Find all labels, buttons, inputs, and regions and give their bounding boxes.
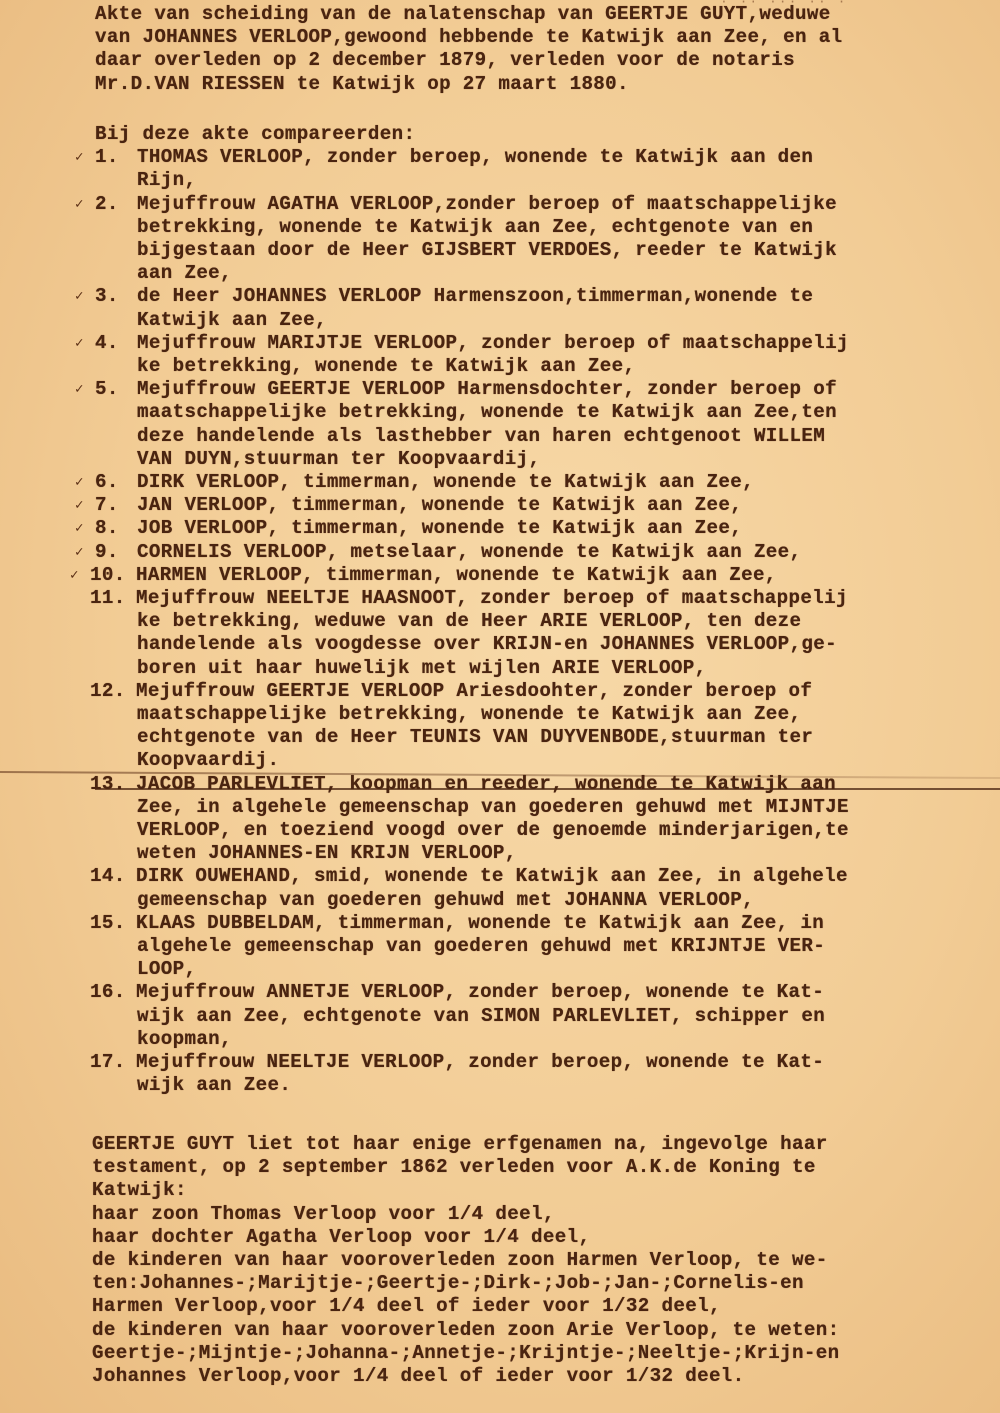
closing-line: ten:Johannes-;Marijtje-;Geertje-;Dirk-;J…	[92, 1273, 804, 1294]
closing-line: de kinderen van haar vooroverleden zoon …	[92, 1320, 839, 1341]
intro-line: daar overleden op 2 december 1879, verle…	[95, 50, 795, 71]
party-line: maatschappelijke betrekking, wonende te …	[137, 704, 801, 725]
party-number: 12.	[90, 681, 126, 702]
party-line: aan Zee,	[137, 263, 232, 284]
party-line: THOMAS VERLOOP, zonder beroep, wonende t…	[137, 147, 813, 168]
party-line: Mejuffrouw GEERTJE VERLOOP Harmensdochte…	[137, 379, 837, 400]
party-line: wijk aan Zee.	[137, 1075, 291, 1096]
party-line: boren uit haar huwelijk met wijlen ARIE …	[137, 658, 707, 679]
intro-line: Mr.D.VAN RIESSEN te Katwijk op 27 maart …	[95, 74, 629, 95]
party-line: HARMEN VERLOOP, timmerman, wonende te Ka…	[136, 565, 777, 586]
closing-line: GEERTJE GUYT liet tot haar enige erfgena…	[92, 1134, 828, 1155]
margin-tick-icon: ✓	[75, 474, 83, 491]
closing-line: testament, op 2 september 1862 verleden …	[92, 1157, 816, 1178]
party-line: koopman,	[137, 1029, 232, 1050]
margin-tick-icon: ✓	[75, 335, 83, 352]
party-line: betrekking, wonende te Katwijk aan Zee, …	[137, 217, 813, 238]
party-line: JAN VERLOOP, timmerman, wonende te Katwi…	[137, 495, 742, 516]
party-number: 2.	[95, 194, 119, 215]
party-number: 4.	[95, 333, 119, 354]
scanned-document: · ·· ··· ·· · Akte van scheiding van de …	[0, 0, 1000, 1413]
party-number: 1.	[95, 147, 119, 168]
closing-line: Harmen Verloop,voor 1/4 deel of ieder vo…	[92, 1296, 721, 1317]
party-line: Mejuffrouw ANNETJE VERLOOP, zonder beroe…	[136, 982, 824, 1003]
party-number: 17.	[90, 1052, 126, 1073]
margin-tick-icon: ✓	[75, 520, 83, 537]
party-line: KLAAS DUBBELDAM, timmerman, wonende te K…	[136, 913, 824, 934]
party-line: DIRK OUWEHAND, smid, wonende te Katwijk …	[136, 866, 848, 887]
party-number: 3.	[95, 286, 119, 307]
party-line: Mejuffrouw AGATHA VERLOOP,zonder beroep …	[137, 194, 837, 215]
appeared-heading: Bij deze akte compareerden:	[95, 124, 415, 145]
party-line: wijk aan Zee, echtgenote van SIMON PARLE…	[137, 1006, 825, 1027]
party-line: ke betrekking, wonende te Katwijk aan Ze…	[137, 356, 635, 377]
closing-line: Katwijk:	[92, 1180, 187, 1201]
party-line: Katwijk aan Zee,	[137, 310, 327, 331]
party-line: VERLOOP, en toeziend voogd over de genoe…	[137, 820, 849, 841]
margin-tick-icon: ✓	[70, 567, 78, 584]
party-line: bijgestaan door de Heer GIJSBERT VERDOES…	[137, 240, 837, 261]
party-line: LOOP,	[137, 959, 196, 980]
party-line: gemeenschap van goederen gehuwd met JOHA…	[137, 890, 754, 911]
margin-tick-icon: ✓	[75, 381, 83, 398]
party-number: 13.	[90, 774, 126, 795]
margin-tick-icon: ✓	[75, 544, 83, 561]
party-line: JACOB PARLEVLIET, koopman en reeder, won…	[136, 774, 836, 795]
party-number: 9.	[95, 542, 119, 563]
party-line: deze handelende als lasthebber van haren…	[137, 426, 825, 447]
closing-line: de kinderen van haar vooroverleden zoon …	[92, 1250, 828, 1271]
party-number: 6.	[95, 472, 119, 493]
party-number: 16.	[90, 982, 126, 1003]
party-line: Zee, in algehele gemeenschap van goedere…	[137, 797, 849, 818]
party-line: de Heer JOHANNES VERLOOP Harmenszoon,tim…	[137, 286, 813, 307]
margin-tick-icon: ✓	[75, 288, 83, 305]
party-line: Mejuffrouw MARIJTJE VERLOOP, zonder bero…	[137, 333, 849, 354]
party-number: 10.	[90, 565, 126, 586]
party-line: echtgenote van de Heer TEUNIS VAN DUYVEN…	[137, 727, 813, 748]
party-number: 8.	[95, 518, 119, 539]
party-line: JOB VERLOOP, timmerman, wonende te Katwi…	[137, 518, 742, 539]
margin-tick-icon: ✓	[75, 149, 83, 166]
margin-tick-icon: ✓	[75, 196, 83, 213]
party-line: DIRK VERLOOP, timmerman, wonende te Katw…	[137, 472, 754, 493]
party-line: weten JOHANNES-EN KRIJN VERLOOP,	[137, 843, 517, 864]
party-line: VAN DUYN,stuurman ter Koopvaardij,	[137, 449, 540, 470]
margin-tick-icon: ✓	[75, 497, 83, 514]
party-number: 15.	[90, 913, 126, 934]
party-line: maatschappelijke betrekking, wonende te …	[137, 402, 837, 423]
party-number: 7.	[95, 495, 119, 516]
party-line: algehele gemeenschap van goederen gehuwd…	[137, 936, 825, 957]
party-number: 11.	[90, 588, 126, 609]
party-line: Mejuffrouw NEELTJE HAASNOOT, zonder bero…	[136, 588, 848, 609]
closing-line: Johannes Verloop,voor 1/4 deel of ieder …	[92, 1366, 745, 1387]
party-line: Rijn,	[137, 170, 196, 191]
intro-line: van JOHANNES VERLOOP,gewoond hebbende te…	[95, 27, 842, 48]
party-line: Koopvaardij.	[137, 750, 279, 771]
closing-line: haar zoon Thomas Verloop voor 1/4 deel,	[92, 1204, 555, 1225]
closing-line: Geertje-;Mijntje-;Johanna-;Annetje-;Krij…	[92, 1343, 839, 1364]
party-line: Mejuffrouw NEELTJE VERLOOP, zonder beroe…	[136, 1052, 824, 1073]
party-line: CORNELIS VERLOOP, metselaar, wonende te …	[137, 542, 801, 563]
party-line: Mejuffrouw GEERTJE VERLOOP Ariesdoohter,…	[136, 681, 812, 702]
party-line: ke betrekking, weduwe van de Heer ARIE V…	[137, 611, 801, 632]
intro-line: Akte van scheiding van de nalatenschap v…	[95, 4, 831, 25]
party-line: handelende als voogdesse over KRIJN-en J…	[137, 634, 837, 655]
party-number: 14.	[90, 866, 126, 887]
closing-line: haar dochter Agatha Verloop voor 1/4 dee…	[92, 1227, 590, 1248]
party-number: 5.	[95, 379, 119, 400]
